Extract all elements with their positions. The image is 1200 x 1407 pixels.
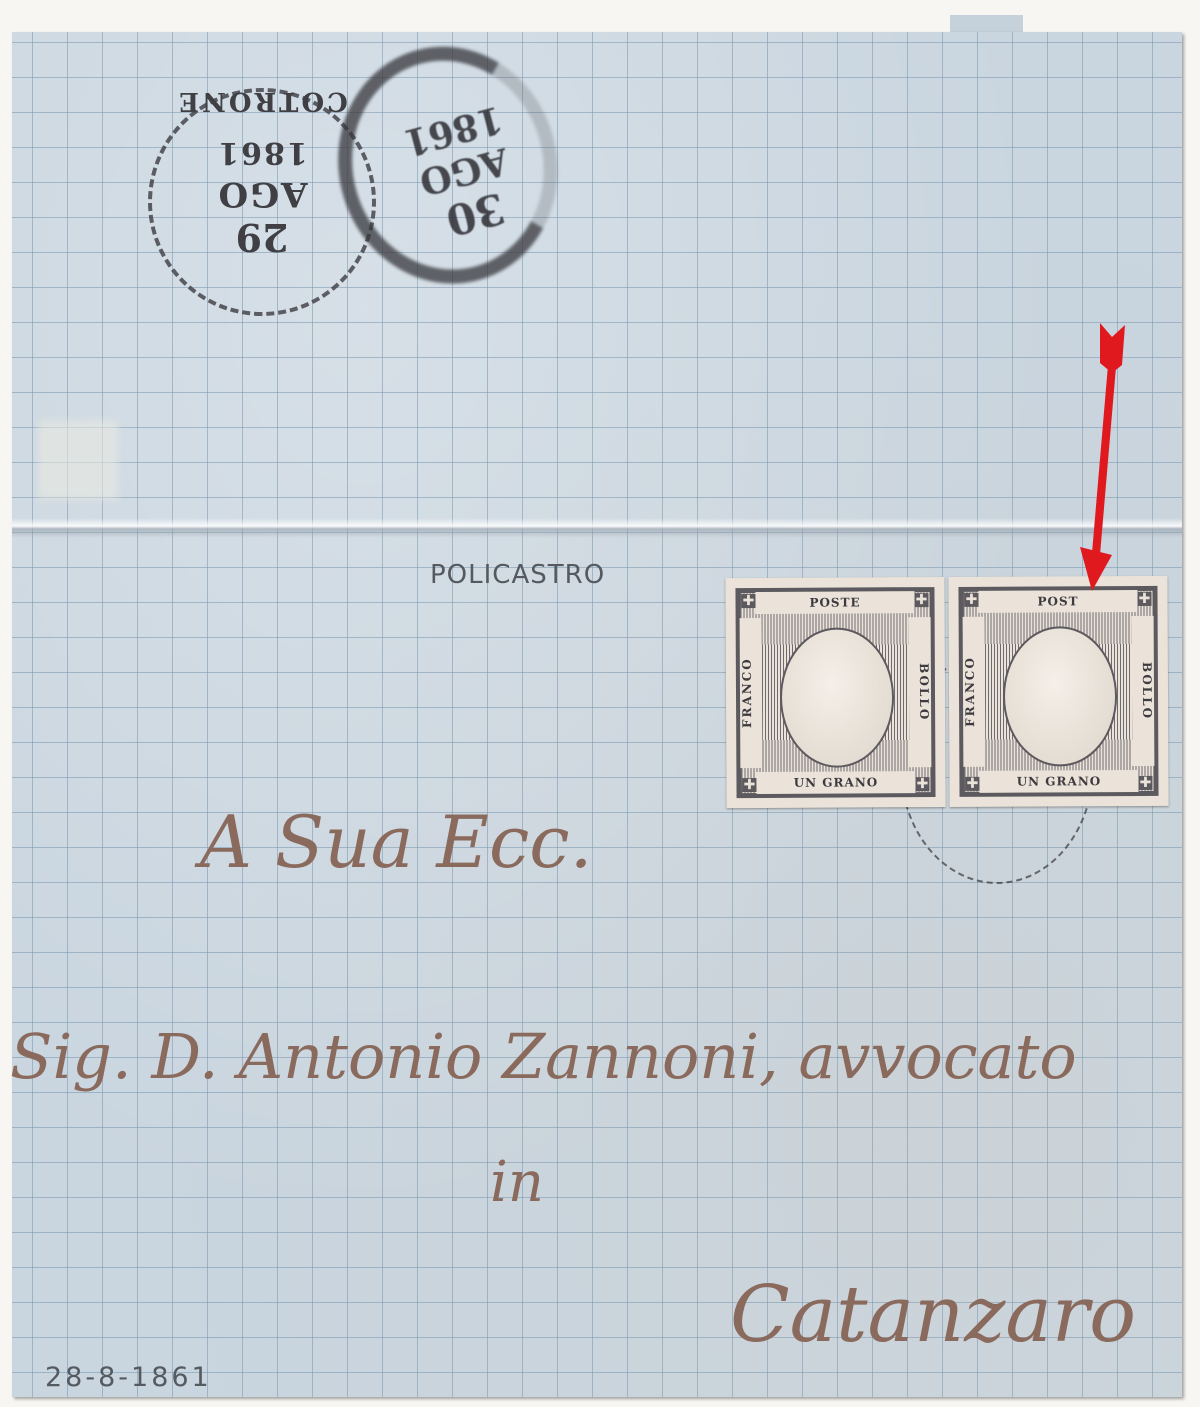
stamp-right-text: BOLLO <box>1132 616 1155 766</box>
savoy-cross-icon: ✚ <box>914 593 928 607</box>
stamp-top-text: POSTE <box>755 591 914 614</box>
stamp-left: ✚ ✚ ✚ ✚ POSTE FRANCO BOLLO UN GRANO <box>725 577 945 808</box>
stamp-left-text: FRANCO <box>740 618 763 768</box>
stamp-value-text: UN GRANO <box>756 771 915 794</box>
postmark-day: 29 <box>162 215 362 260</box>
savoy-cross-icon: ✚ <box>965 777 979 791</box>
date-annotation: 28-8-1861 <box>45 1362 212 1393</box>
red-arrow-icon <box>1070 315 1140 595</box>
stamp-right: ✚ ✚ ✚ ✚ POST FRANCO BOLLO UN GRANO <box>948 576 1168 807</box>
savoy-cross-icon: ✚ <box>915 777 929 791</box>
postmark-town: COTRONE <box>152 86 372 116</box>
postmark-year: 1861 <box>162 135 362 170</box>
stamp-pair: ✚ ✚ ✚ ✚ POSTE FRANCO BOLLO UN GRANO ✚ ✚ … <box>725 576 1168 808</box>
savoy-cross-icon: ✚ <box>964 593 978 607</box>
address-line-salutation: A Sua Ecc. <box>200 800 592 884</box>
origin-annotation: POLICASTRO <box>430 560 605 590</box>
savoy-cross-icon: ✚ <box>742 778 756 792</box>
address-line-in: in <box>490 1150 544 1215</box>
savoy-cross-icon: ✚ <box>1138 776 1152 790</box>
stamp-value-text: UN GRANO <box>979 770 1138 793</box>
postmark-month: AGO <box>162 174 362 214</box>
postmark-cotrone: 29 AGO 1861 COTRONE <box>148 88 376 316</box>
savoy-cross-icon: ✚ <box>741 594 755 608</box>
embossed-head-icon <box>780 627 895 768</box>
paper-stain <box>38 420 118 500</box>
stamp-left-text: FRANCO <box>963 617 986 767</box>
paper-fold-line <box>12 518 1182 538</box>
embossed-head-icon <box>1003 626 1118 767</box>
stamp-right-text: BOLLO <box>909 617 932 767</box>
address-line-name: Sig. D. Antonio Zannoni, avvocato <box>10 1020 1077 1093</box>
address-line-city: Catanzaro <box>730 1270 1136 1360</box>
